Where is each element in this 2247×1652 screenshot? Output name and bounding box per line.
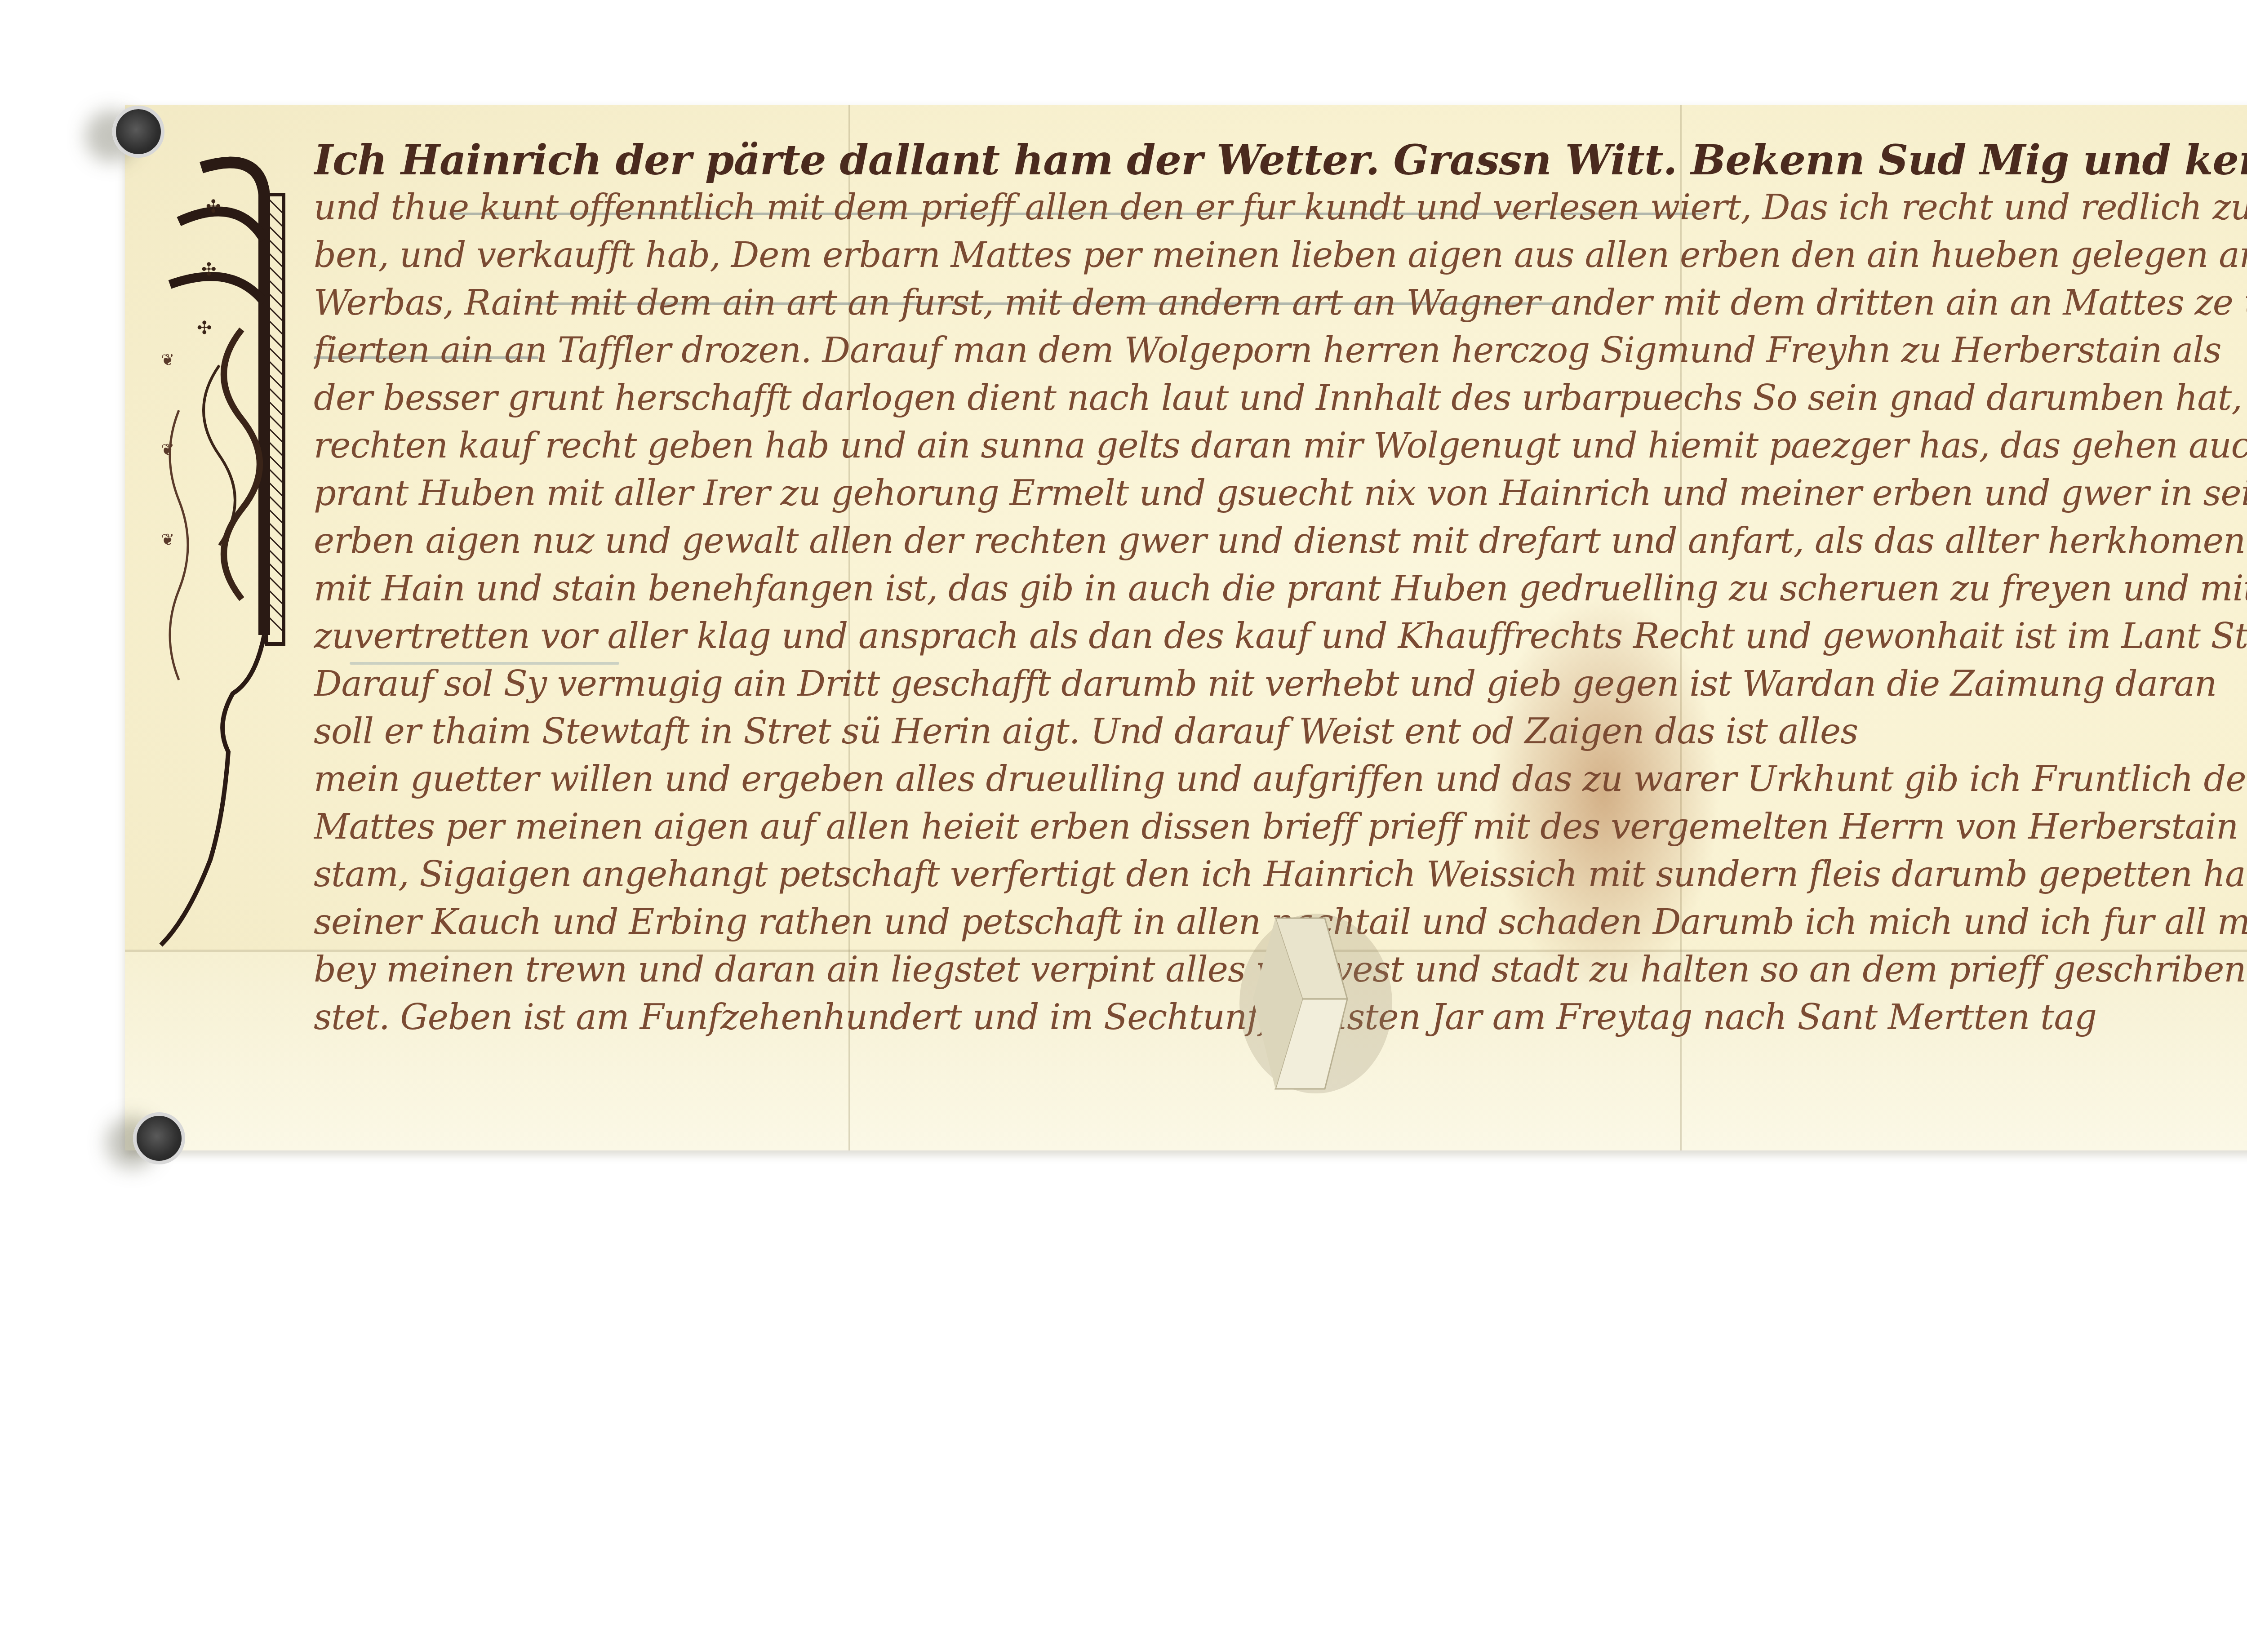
text-line: mit Hain und stain benehfangen ist, das …	[314, 565, 2247, 613]
text-line: Ich Hainrich der pärte dallant ham der W…	[314, 136, 2247, 184]
text-line: Darauf sol Sy vermugig ain Dritt geschaf…	[314, 660, 2247, 708]
text-line: prant Huben mit aller Irer zu gehorung E…	[314, 470, 2247, 517]
text-line: soll er thaim Stewtaft in Stret sü Herin…	[314, 708, 2247, 755]
text-line: stam, Sigaigen angehangt petschaft verfe…	[314, 851, 2247, 898]
svg-text:❦: ❦	[161, 440, 174, 459]
magnet-pin-top-left	[112, 106, 164, 158]
svg-text:❦: ❦	[161, 530, 174, 549]
text-line: fierten ain an Taffler drozen. Darauf ma…	[314, 327, 2247, 374]
svg-text:❦: ❦	[161, 351, 174, 369]
svg-text:✣: ✣	[197, 318, 212, 338]
decorated-initial: ✣ ✣ ✣ ❦ ❦ ❦	[152, 141, 300, 963]
text-line: mein guetter willen und ergeben alles dr…	[314, 755, 2247, 803]
parchment-document: ✣ ✣ ✣ ❦ ❦ ❦ Ich Hainrich der pärte dalla…	[125, 105, 2247, 1150]
text-line: ben, und verkaufft hab, Dem erbarn Matte…	[314, 231, 2247, 279]
svg-text:✣: ✣	[206, 197, 221, 217]
text-line: erben aigen nuz und gewalt allen der rec…	[314, 517, 2247, 565]
text-line: Werbas, Raint mit dem ain art an furst, …	[314, 279, 2247, 327]
text-line: zuvertretten vor aller klag und ansprach…	[314, 613, 2247, 660]
text-line: Mattes per meinen aigen auf allen heieit…	[314, 803, 2247, 851]
text-line: und thue kunt offenntlich mit dem prieff…	[314, 184, 2247, 231]
svg-text:✣: ✣	[201, 260, 217, 280]
text-line: der besser grunt herschafft darlogen die…	[314, 374, 2247, 422]
seal-tab	[1235, 909, 1397, 1098]
magnet-pin-bottom-left	[133, 1112, 185, 1164]
text-line: rechten kauf recht geben hab und ain sun…	[314, 422, 2247, 470]
handwritten-text: Ich Hainrich der pärte dallant ham der W…	[314, 136, 2247, 1041]
